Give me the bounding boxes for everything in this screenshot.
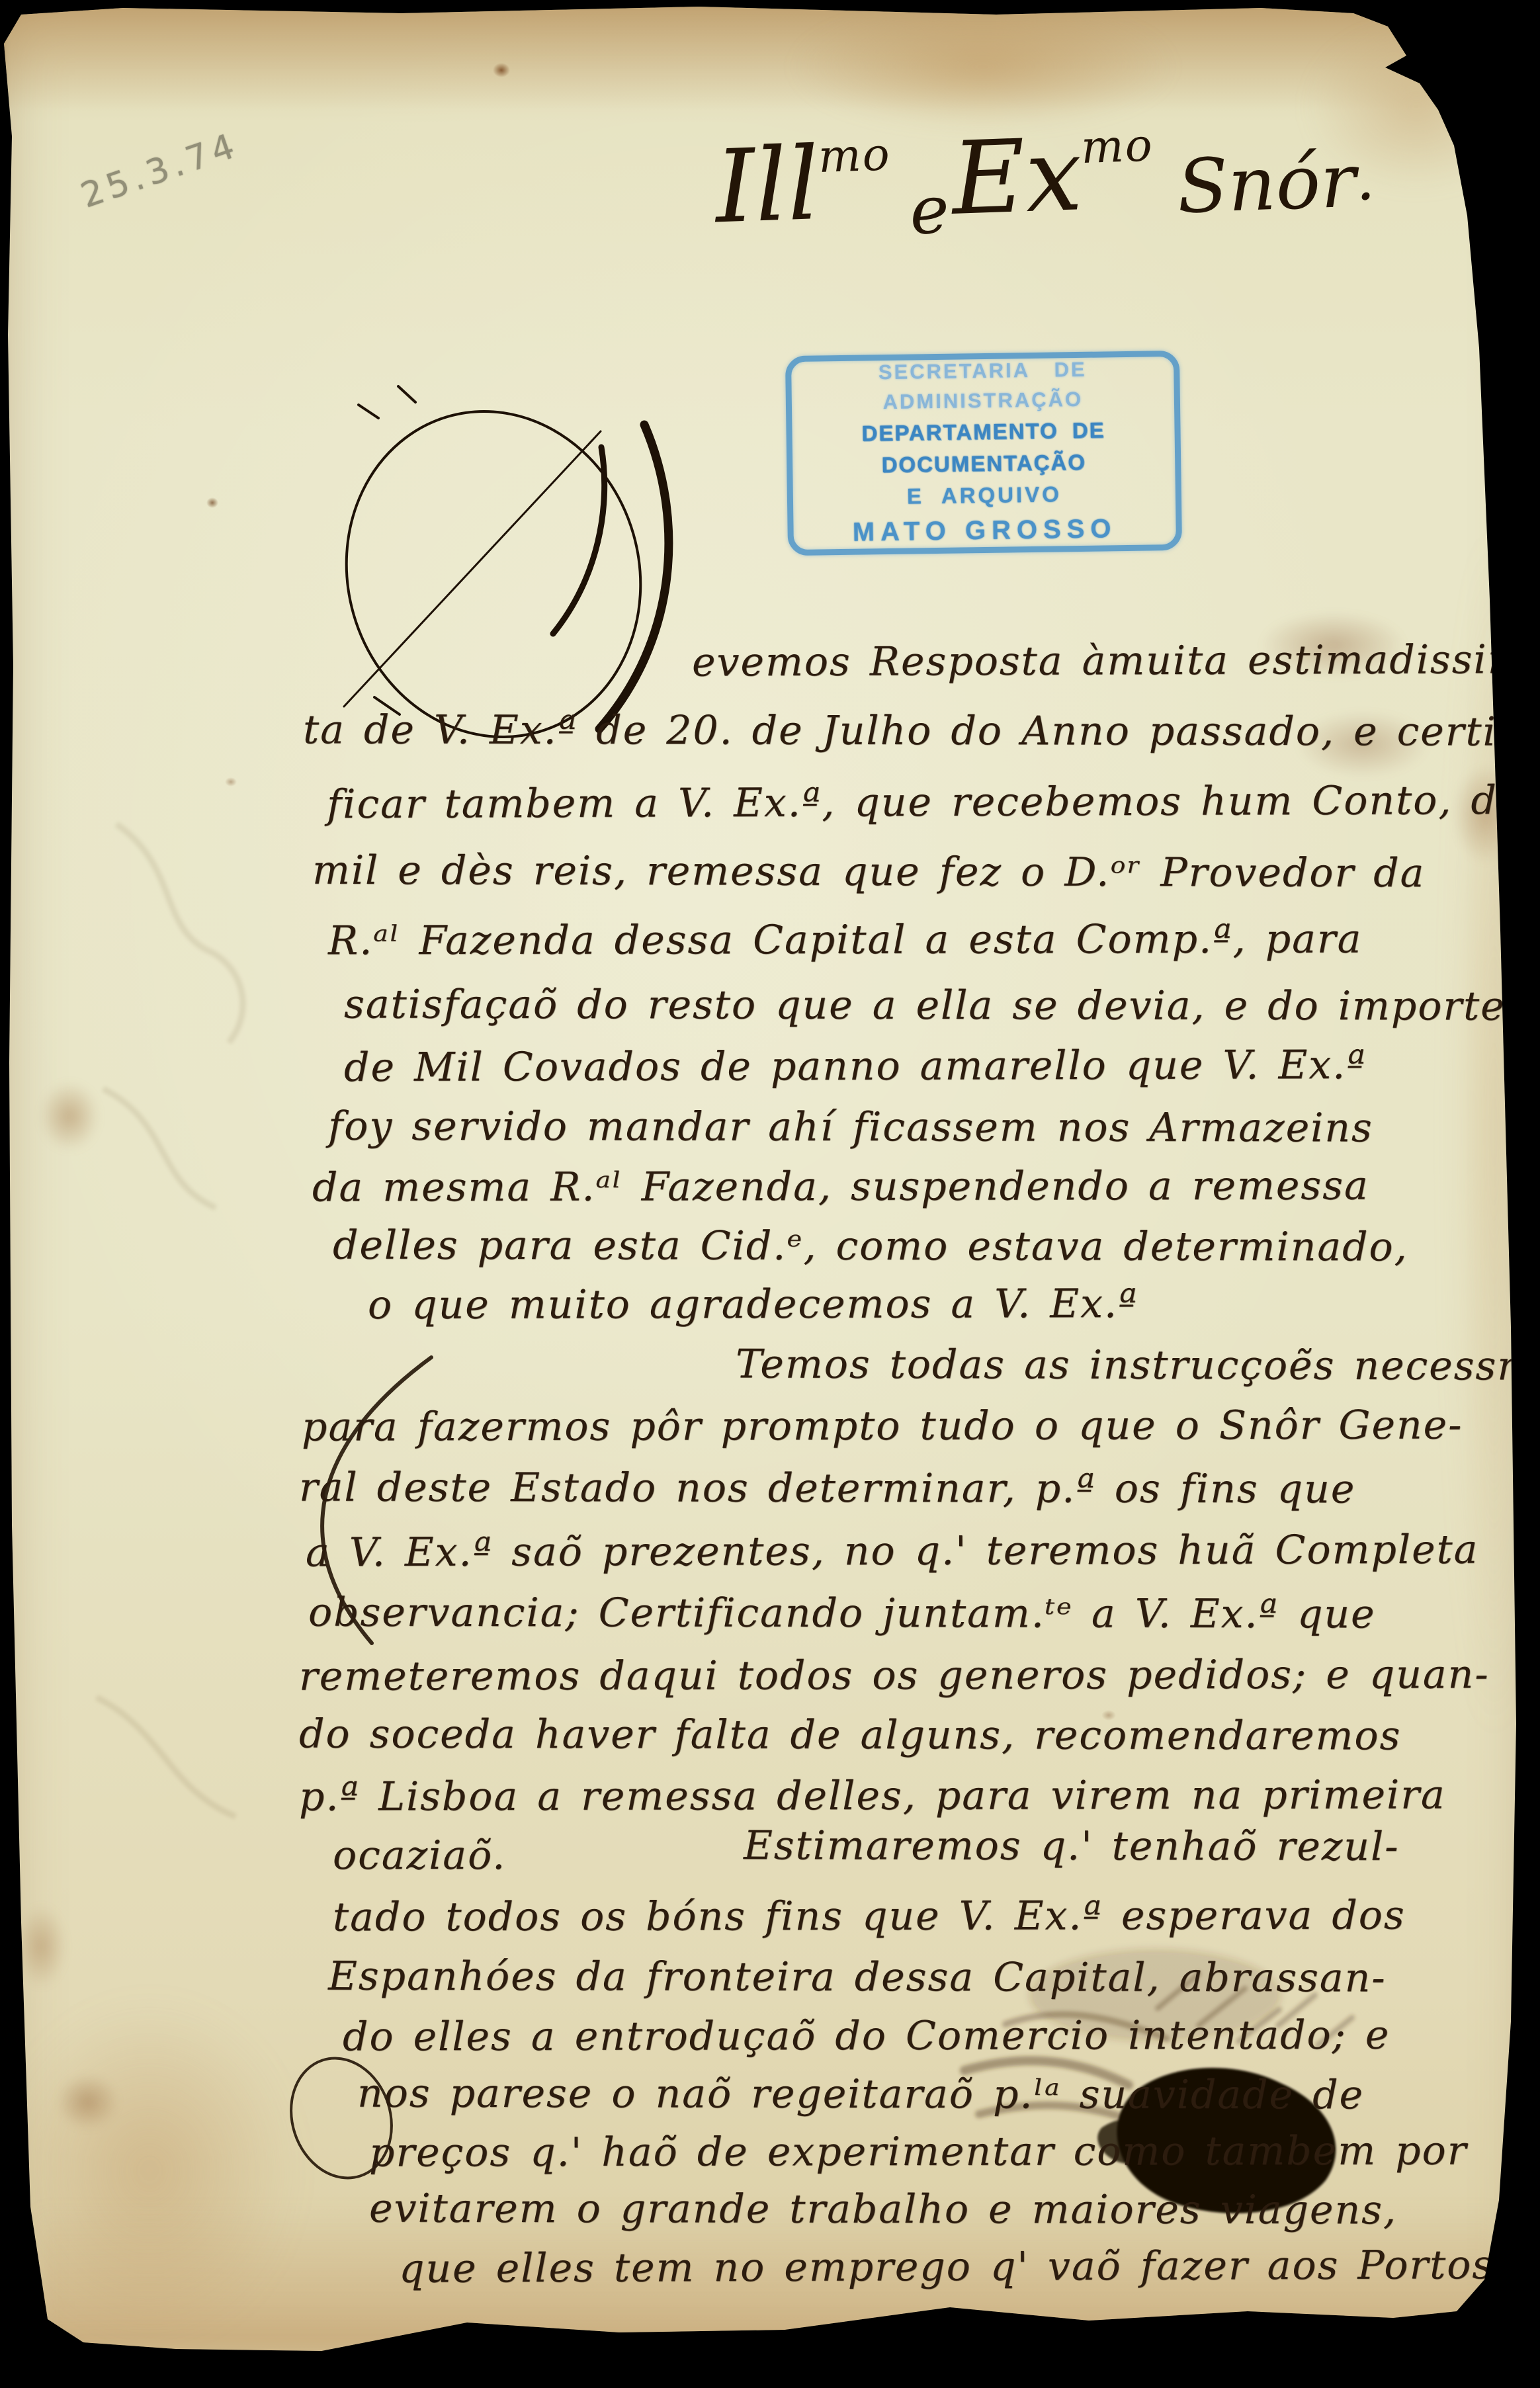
manuscript-line: observancia; Certificando juntam.ᵗᵉ a V.… <box>308 1590 1376 1638</box>
manuscript-line: satisfaçaõ do resto que a ella se devia,… <box>344 981 1506 1029</box>
manuscript-line: Espanhóes da fronteira dessa Capital, ab… <box>328 1953 1387 2002</box>
paper-hole <box>1480 111 1502 138</box>
stain <box>56 2074 119 2130</box>
manuscript-line: a V. Ex.ª saõ prezentes, no q.' teremos … <box>306 1527 1479 1576</box>
manuscript-line: delles para esta Cid.ᵉ, como estava dete… <box>333 1222 1408 1271</box>
manuscript-line: de Mil Covados de panno amarello que V. … <box>344 1042 1367 1091</box>
bleedthrough-ghost <box>97 824 243 1816</box>
archive-rubber-stamp: SECRETARIA DE ADMINISTRAÇÃO DEPARTAMENTO… <box>785 351 1182 556</box>
stamp-line-secretaria: SECRETARIA DE ADMINISTRAÇÃO <box>791 354 1174 419</box>
salutation-abbr2-superscript: mo <box>1080 119 1154 174</box>
manuscript-line: Temos todas as instrucçoẽs necessr.ᵃˢ <box>736 1341 1540 1389</box>
stamp-line-mato-grosso: MATO GROSSO <box>852 509 1117 552</box>
stamp-line-arquivo: E ARQUIVO <box>907 478 1062 512</box>
stain <box>493 63 510 77</box>
stain <box>17 1905 66 1988</box>
salutation-conjunction: e <box>908 171 950 249</box>
manuscript-line: Estimaremos q.' tenhaõ rezul- <box>744 1822 1400 1870</box>
manuscript-line: mil e dès reis, remessa que fez o D.ᵒʳ P… <box>312 847 1426 896</box>
stain <box>40 1082 99 1151</box>
manuscript-line: foy servido mandar ahí ficassem nos Arma… <box>328 1103 1373 1152</box>
manuscript-line: tado todos os bóns fins que V. Ex.ª espe… <box>333 1893 1406 1941</box>
manuscript-line: remeteremos daqui todos os generos pedid… <box>299 1651 1490 1699</box>
pencil-archival-number: 25.3.74 <box>76 125 244 216</box>
manuscript-line: R.ᵃˡ Fazenda dessa Capital a esta Comp.ª… <box>328 916 1362 964</box>
scanned-document: 25.3.74 IllmoeExmoSnór. SECRETARIA DE AD… <box>0 0 1540 2388</box>
stain <box>791 4 1175 130</box>
stain <box>4 2002 295 2339</box>
manuscript-line: ral deste Estado nos determinar, p.ª os … <box>299 1465 1355 1513</box>
manuscript-line: que elles tem no emprego q' vaõ fazer ao… <box>399 2242 1494 2292</box>
stain <box>225 777 237 787</box>
salutation-abbr2: Ex <box>950 116 1084 237</box>
manuscript-line: ta de V. Ex.ª de 20. de Julho do Anno pa… <box>303 706 1512 755</box>
manuscript-line: ocaziaõ. <box>333 1832 506 1879</box>
paper-sheet: 25.3.74 IllmoeExmoSnór. SECRETARIA DE AD… <box>4 4 1532 2372</box>
salutation-abbr1: Ill <box>713 125 821 245</box>
manuscript-line: evitarem o grande trabalho e maiores via… <box>369 2186 1397 2234</box>
salutation-title: Snór <box>1176 138 1357 230</box>
stain <box>4 4 1532 110</box>
manuscript-line: para fazermos pôr prompto tudo o que o S… <box>302 1402 1463 1450</box>
manuscript-line: o que muito agradecemos a V. Ex.ª <box>368 1281 1138 1328</box>
stamp-line-departamento: DEPARTAMENTO DE DOCUMENTAÇÃO <box>792 413 1175 482</box>
manuscript-line: preços q.' haõ de experimentar como tamb… <box>369 2128 1467 2176</box>
manuscript-line: nos parese o naõ regeitaraõ p.ˡᵃ suavida… <box>357 2070 1364 2119</box>
manuscript-line: p.ª Lisboa a remessa delles, para virem … <box>299 1771 1446 1820</box>
salutation-abbr1-superscript: mo <box>818 128 892 183</box>
stain <box>206 497 218 508</box>
manuscript-line: evemos Resposta àmuita estimadissima Car… <box>692 636 1540 685</box>
salutation-heading: IllmoeExmoSnór. <box>713 105 1418 246</box>
manuscript-line: do elles a entroduçaõ do Comercio intent… <box>343 2012 1390 2061</box>
manuscript-line: ficar tambem a V. Ex.ª, que recebemos hu… <box>327 777 1540 828</box>
manuscript-line: da mesma R.ᵃˡ Fazenda, suspendendo a rem… <box>312 1163 1369 1211</box>
salutation-period: . <box>1354 144 1375 214</box>
manuscript-line: do soceda haver falta de alguns, recomen… <box>299 1711 1401 1760</box>
